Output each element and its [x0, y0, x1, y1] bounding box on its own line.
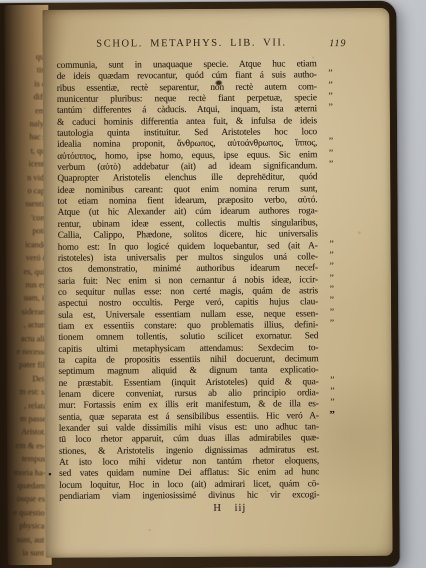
marginal-quote-mark: ” [330, 284, 334, 295]
marginal-quote-mark: ” [330, 375, 334, 386]
verso-text-fragment: sunt, aut [4, 532, 44, 546]
verso-text-fragment: m est: si [4, 385, 46, 399]
book-page: SCHOL. METAPHYS. LIB. VII. 119 communia,… [42, 8, 392, 558]
running-title: SCHOL. METAPHYS. LIB. VII. [96, 37, 287, 49]
marginal-quote-mark: ” [330, 307, 334, 318]
verso-text-fragment: em & es- [4, 438, 46, 452]
marginal-quote-mark: ” [328, 103, 332, 114]
verso-text-fragment: Dei- [4, 371, 47, 385]
verso-text-fragment: e quæstio [4, 505, 44, 519]
verso-text-fragment: physica [4, 519, 44, 533]
photo-background: quæ-timi.is enidiffe-em dnalyti-hac si-t… [0, 0, 426, 568]
marginal-quote-mark: ” [328, 80, 332, 91]
verso-text-fragment: veró & [4, 251, 49, 265]
marginal-quote-mark: ” [329, 409, 334, 421]
verso-text-fragment: moria ha- [4, 465, 45, 479]
marginal-quote-mark: ” [329, 148, 333, 159]
marginal-quote-mark: ” [330, 397, 334, 408]
verso-text-fragment: es, quia [4, 264, 48, 278]
text-line: pendiariam viam ingeniosissimé divinus h… [59, 490, 319, 503]
marginal-quote-mark: ” [329, 273, 333, 284]
main-text-block: communia, sunt in unaquaque specie. Atqu… [57, 59, 320, 503]
marginal-quote-mark: ” [330, 386, 334, 397]
verso-text-fragment: tempus [4, 452, 45, 466]
verso-text-fragment: icando, [4, 237, 49, 251]
marginal-quote-mark: ” [329, 159, 333, 170]
book: quæ-timi.is enidiffe-em dnalyti-hac si-t… [0, 1, 400, 568]
verso-text-fragment: , relata [4, 398, 46, 412]
signature-mark: H iij [213, 503, 246, 514]
verso-text-fragment: sideran- [4, 304, 48, 318]
verso-text-fragment: pater fili [4, 358, 47, 372]
marginal-quote-mark: ” [328, 91, 332, 102]
verso-text-fragment: e necesse [4, 345, 47, 359]
text-line-content: pendiariam viam ingeniosissimé divinus h… [59, 490, 319, 503]
page-number: 119 [329, 38, 346, 49]
marginal-quote-mark: ” [329, 261, 333, 272]
marginal-quote-mark: ” [329, 137, 333, 148]
marginal-quote-mark: ” [329, 250, 333, 261]
marginal-quote-mark: ” [328, 69, 332, 80]
verso-text-fragment: actu ali- [4, 331, 47, 345]
marginal-quote-mark: ” [330, 318, 334, 329]
marginal-bullet-mark: ● [48, 472, 52, 478]
running-header: SCHOL. METAPHYS. LIB. VII. 119 [62, 37, 320, 53]
verso-text-fragment: nus es- [4, 277, 48, 291]
verso-text-fragment: ia sunt [4, 546, 44, 560]
verso-text-fragment: uam, id [4, 291, 48, 305]
verso-text-fragment: , actum [4, 318, 48, 332]
verso-text-fragment: quædam [4, 479, 45, 493]
marginal-quote-mark: ” [329, 239, 333, 250]
verso-text-fragment: m passe [4, 412, 46, 426]
verso-text-fragment: Aristot. [4, 425, 46, 439]
marginal-quote-mark: ” [330, 295, 334, 306]
verso-text-fragment: osque es [4, 492, 45, 506]
